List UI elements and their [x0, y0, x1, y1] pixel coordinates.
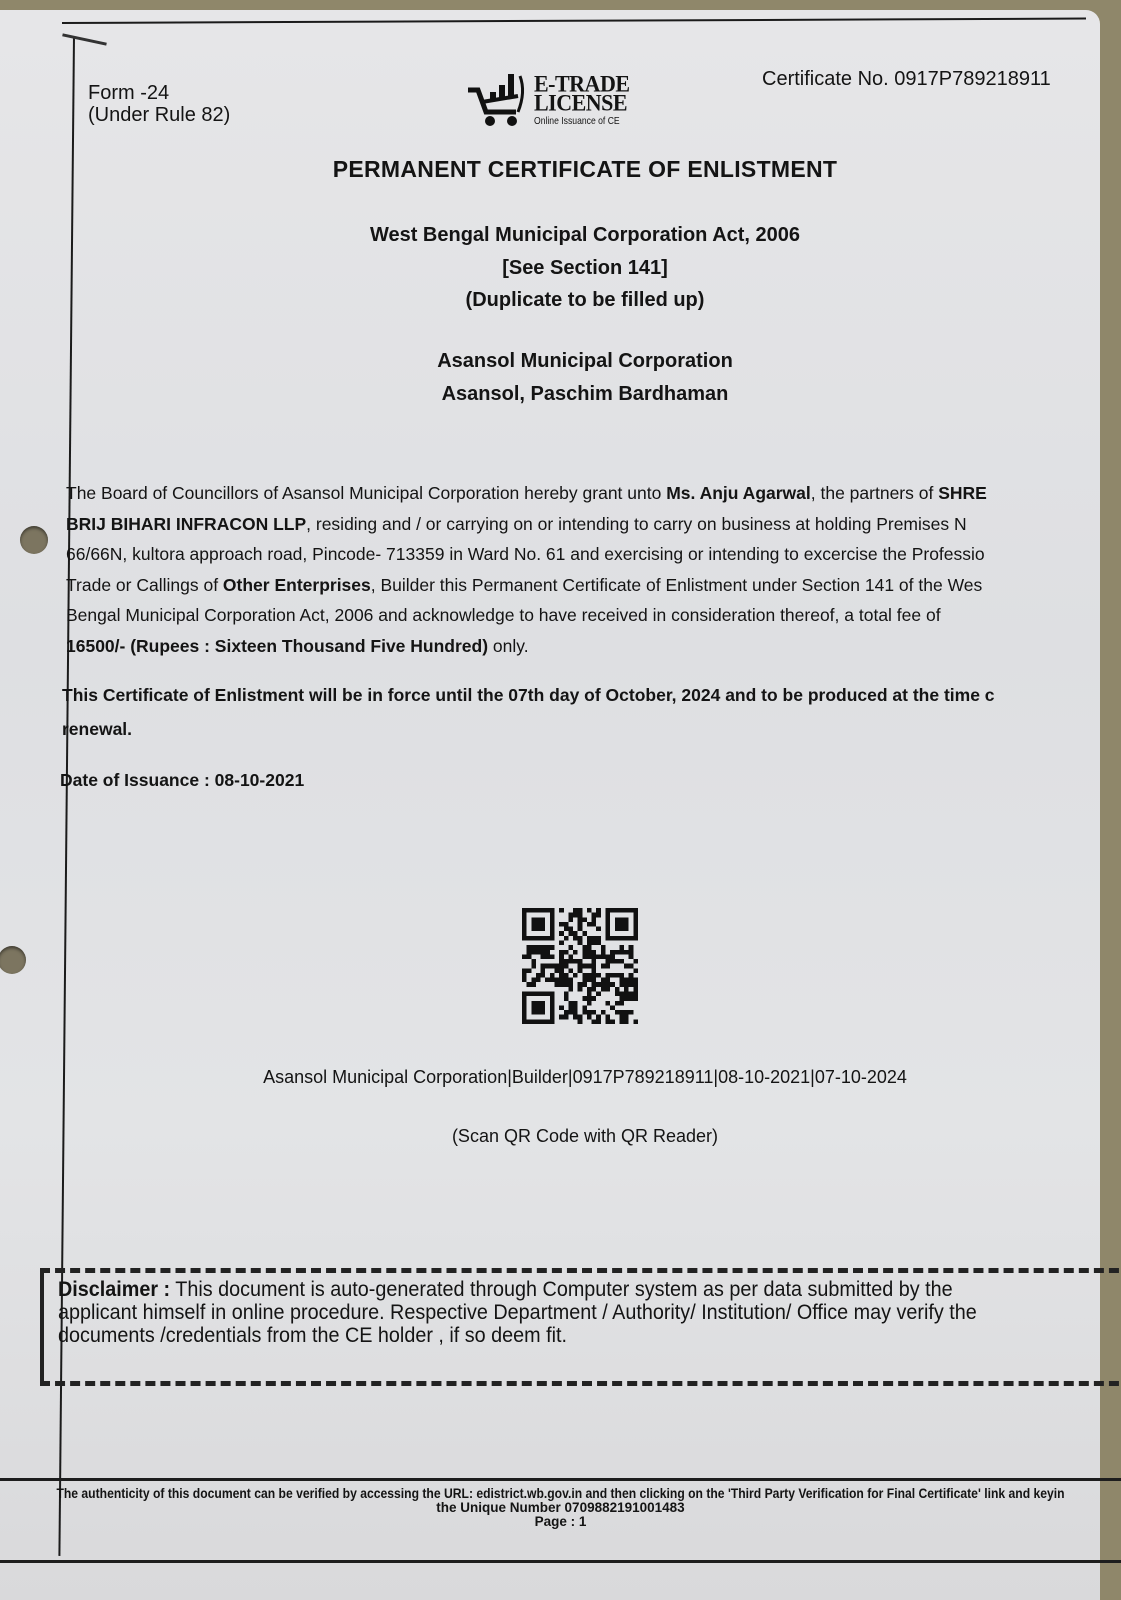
disclaimer-line2: applicant himself in online procedure. R… — [58, 1301, 1042, 1324]
disclaimer-line1: This document is auto-generated through … — [170, 1277, 952, 1301]
date-of-issuance: Date of Issuance : 08-10-2021 — [60, 770, 304, 791]
punch-hole — [20, 526, 48, 554]
text-run: , residing and / or carrying on or inten… — [306, 514, 966, 534]
qr-code-icon[interactable] — [522, 908, 638, 1024]
form-rule-text: (Under Rule 82) — [88, 104, 230, 126]
logo-tagline: Online Issuance of CE — [534, 115, 620, 127]
paragraph-line: 16500/- (Rupees : Sixteen Thousand Five … — [66, 631, 1121, 662]
validity-statement: This Certificate of Enlistment will be i… — [62, 678, 995, 746]
disclaimer-line3: documents /credentials from the CE holde… — [58, 1324, 1042, 1347]
grant-paragraph: The Board of Councillors of Asansol Muni… — [66, 478, 1121, 661]
footer-bottom-divider — [0, 1560, 1121, 1563]
page-title: PERMANENT CERTIFICATE OF ENLISTMENT — [0, 156, 1121, 183]
paragraph-line: Trade or Callings of Other Enterprises, … — [66, 570, 1121, 601]
validity-line1: This Certificate of Enlistment will be i… — [62, 678, 995, 712]
issuance-date: 08-10-2021 — [215, 770, 305, 790]
authority-name: Asansol Municipal Corporation — [0, 350, 1121, 373]
paragraph-line: 66/66N, kultora approach road, Pincode- … — [66, 539, 1121, 570]
text-run: Bengal Municipal Corporation Act, 2006 a… — [66, 605, 941, 625]
disclaimer-text: Disclaimer : This document is auto-gener… — [58, 1278, 1042, 1347]
act-section: [See Section 141] — [0, 257, 1121, 280]
qr-hint: (Scan QR Code with QR Reader) — [0, 1126, 1121, 1147]
act-name: West Bengal Municipal Corporation Act, 2… — [0, 224, 1121, 247]
text-run: , Builder this Permanent Certificate of … — [371, 575, 983, 595]
text-run: only. — [488, 636, 529, 656]
qr-caption: Asansol Municipal Corporation|Builder|09… — [0, 1067, 1121, 1088]
logo-line2: LICENSE — [534, 91, 627, 113]
authority-location: Asansol, Paschim Bardhaman — [0, 383, 1121, 406]
shopping-cart-chart-icon — [466, 72, 530, 128]
issuance-label: Date of Issuance : — [60, 770, 210, 790]
punch-hole — [0, 946, 26, 974]
footer-unique-number: the Unique Number 0709882191001483 — [0, 1501, 1121, 1515]
certificate-number: Certificate No. 0917P789218911 — [762, 68, 1051, 91]
emphasized-text: SHRE — [938, 483, 987, 503]
text-run: 66/66N, kultora approach road, Pincode- … — [66, 544, 985, 564]
validity-line2: renewal. — [62, 712, 995, 746]
act-note: (Duplicate to be filled up) — [0, 289, 1121, 312]
text-run: Trade or Callings of — [66, 575, 223, 595]
form-number: Form -24 (Under Rule 82) — [88, 82, 230, 126]
footer-divider — [0, 1478, 1121, 1481]
form-number-text: Form -24 — [88, 82, 230, 104]
emphasized-text: 16500/- (Rupees : Sixteen Thousand Five … — [66, 636, 488, 656]
paragraph-line: BRIJ BIHARI INFRACON LLP, residing and /… — [66, 509, 1121, 540]
footer-line1: The authenticity of this document can be… — [56, 1487, 1065, 1501]
disclaimer-label: Disclaimer : — [58, 1277, 170, 1301]
paragraph-line: The Board of Councillors of Asansol Muni… — [66, 478, 1121, 509]
text-run: , the partners of — [811, 483, 938, 503]
paragraph-line: Bengal Municipal Corporation Act, 2006 a… — [66, 600, 1121, 631]
certificate-number-value: 0917P789218911 — [894, 68, 1050, 90]
etrade-license-logo: E-TRADE LICENSE Online Issuance of CE — [466, 68, 646, 130]
text-run: The Board of Councillors of Asansol Muni… — [66, 483, 666, 503]
emphasized-text: BRIJ BIHARI INFRACON LLP — [66, 514, 306, 534]
emphasized-text: Ms. Anju Agarwal — [666, 483, 811, 503]
page-number: Page : 1 — [0, 1515, 1121, 1529]
emphasized-text: Other Enterprises — [223, 575, 371, 595]
verification-footer: The authenticity of this document can be… — [0, 1487, 1121, 1529]
certificate-number-label: Certificate No. — [762, 68, 889, 90]
